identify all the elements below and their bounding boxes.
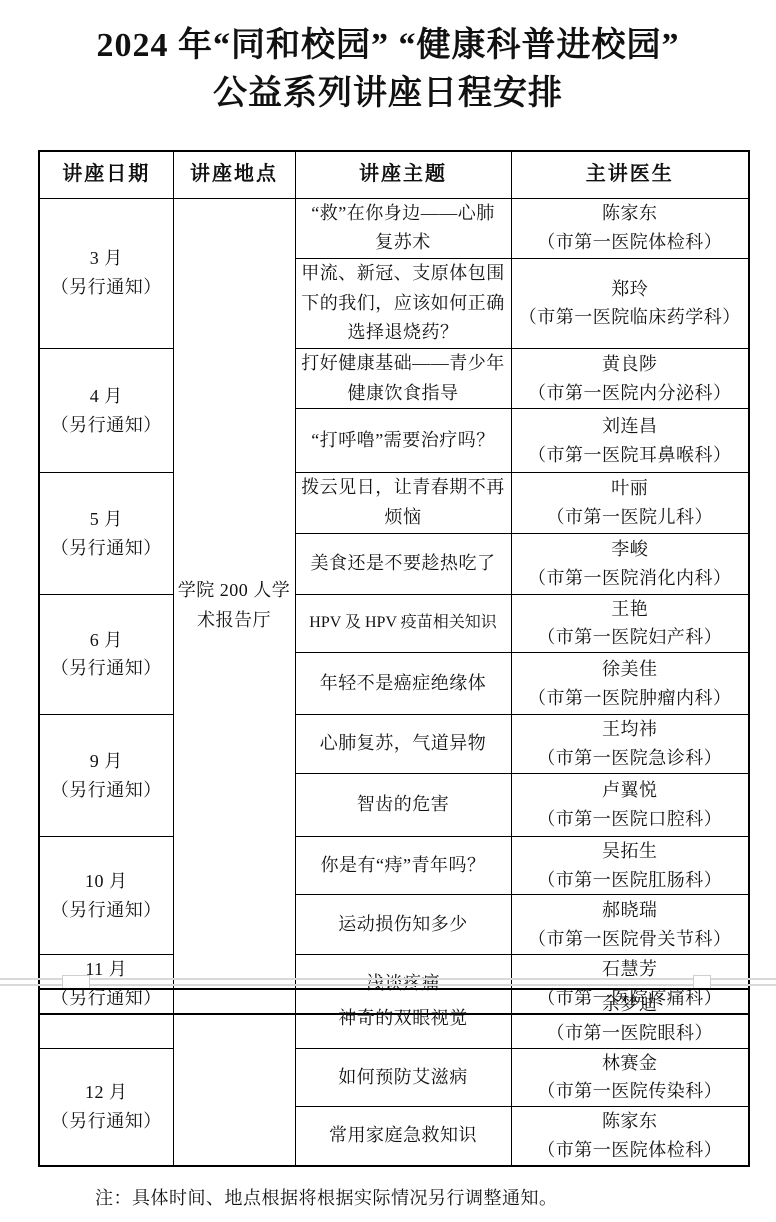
doctor-name: 王均祎: [514, 715, 747, 744]
date-month: 6 月: [42, 626, 171, 655]
topic-cell: 心肺复苏，气道异物: [295, 715, 511, 774]
document-page: 2024 年“同和校园” “健康科普进校园” 公益系列讲座日程安排 讲座日期 讲…: [0, 0, 776, 1222]
doctor-dept: （市第一医院内分泌科）: [514, 379, 747, 408]
doctor-name: 郑玲: [514, 275, 747, 304]
location-cell: 学院 200 人学 术报告厅: [173, 198, 295, 1014]
doctor-cell: 陈家东 （市第一医院体检科）: [511, 1107, 749, 1166]
doctor-name: 余梦迪: [514, 990, 747, 1019]
doctor-dept: （市第一医院妇产科）: [514, 623, 747, 652]
date-month: 12 月: [42, 1078, 171, 1107]
topic-cell: “救”在你身边——心肺 复苏术: [295, 198, 511, 258]
date-cell: 9 月 （另行通知）: [39, 715, 173, 837]
topic-cell: 打好健康基础——青少年 健康饮食指导: [295, 348, 511, 408]
doctor-name: 徐美佳: [514, 655, 747, 684]
date-cell: 3 月 （另行通知）: [39, 198, 173, 348]
schedule-table-page1: 讲座日期 讲座地点 讲座主题 主讲医生 3 月 （另行通知） 学院 200 人学…: [38, 150, 750, 1015]
date-note: （另行通知）: [42, 273, 171, 302]
page-break-line: [0, 978, 776, 980]
date-note: （另行通知）: [42, 411, 171, 440]
doctor-name: 王艳: [514, 595, 747, 624]
doctor-cell: 余梦迪 （市第一医院眼科）: [511, 989, 749, 1048]
doctor-dept: （市第一医院耳鼻喉科）: [514, 441, 747, 470]
title-line-1: 2024 年“同和校园” “健康科普进校园”: [0, 22, 776, 70]
date-month: 5 月: [42, 505, 171, 534]
doctor-cell: 黄良陟 （市第一医院内分泌科）: [511, 348, 749, 408]
doctor-dept: （市第一医院体检科）: [514, 1136, 747, 1165]
date-note: （另行通知）: [42, 534, 171, 563]
date-note: （另行通知）: [42, 776, 171, 805]
doctor-name: 李峻: [514, 535, 747, 564]
date-cell: 6 月 （另行通知）: [39, 594, 173, 715]
doctor-name: 刘连昌: [514, 412, 747, 441]
topic-cell: HPV 及 HPV 疫苗相关知识: [295, 594, 511, 653]
date-note: （另行通知）: [42, 654, 171, 683]
topic-cell: 运动损伤知多少: [295, 895, 511, 955]
date-note: （另行通知）: [42, 1107, 171, 1136]
table-row: 3 月 （另行通知） 学院 200 人学 术报告厅 “救”在你身边——心肺 复苏…: [39, 198, 749, 258]
doctor-dept: （市第一医院急诊科）: [514, 744, 747, 773]
topic-cell: 神奇的双眼视觉: [295, 989, 511, 1048]
doctor-name: 叶丽: [514, 474, 747, 503]
doctor-cell: 卢翼悦 （市第一医院口腔科）: [511, 773, 749, 836]
doctor-cell: 郑玲 （市第一医院临床药学科）: [511, 258, 749, 348]
col-header-date: 讲座日期: [39, 151, 173, 198]
topic-cell: 常用家庭急救知识: [295, 1107, 511, 1166]
date-month: 4 月: [42, 382, 171, 411]
topic-cell: 甲流、新冠、支原体包围 下的我们，应该如何正确 选择退烧药？: [295, 258, 511, 348]
page-break-line: [0, 984, 776, 986]
footnote: 注：具体时间、地点根据将根据实际情况另行调整通知。: [95, 1184, 558, 1210]
doctor-name: 黄良陟: [514, 350, 747, 379]
doctor-name: 陈家东: [514, 1107, 747, 1136]
doctor-cell: 徐美佳 （市第一医院肿瘤内科）: [511, 653, 749, 715]
date-month: 9 月: [42, 747, 171, 776]
title-line-2: 公益系列讲座日程安排: [0, 70, 776, 118]
doctor-cell: 叶丽 （市第一医院儿科）: [511, 473, 749, 533]
date-cell: 5 月 （另行通知）: [39, 473, 173, 594]
doctor-dept: （市第一医院儿科）: [514, 503, 747, 532]
topic-cell: 智齿的危害: [295, 773, 511, 836]
date-month: 10 月: [42, 867, 171, 896]
doctor-name: 林赛金: [514, 1049, 747, 1078]
doctor-dept: （市第一医院眼科）: [514, 1019, 747, 1048]
location-cell: [173, 989, 295, 1166]
doctor-dept: （市第一医院体检科）: [514, 228, 747, 257]
doctor-cell: 刘连昌 （市第一医院耳鼻喉科）: [511, 409, 749, 473]
doctor-dept: （市第一医院传染科）: [514, 1077, 747, 1106]
col-header-location: 讲座地点: [173, 151, 295, 198]
table-row: 神奇的双眼视觉 余梦迪 （市第一医院眼科）: [39, 989, 749, 1048]
doctor-dept: （市第一医院口腔科）: [514, 805, 747, 834]
doctor-cell: 李峻 （市第一医院消化内科）: [511, 533, 749, 594]
doctor-cell: 吴拓生 （市第一医院肛肠科）: [511, 836, 749, 895]
doctor-cell: 陈家东 （市第一医院体检科）: [511, 198, 749, 258]
doctor-dept: （市第一医院临床药学科）: [514, 303, 747, 332]
topic-cell: 你是有“痔”青年吗？: [295, 836, 511, 895]
schedule-table-page2: 神奇的双眼视觉 余梦迪 （市第一医院眼科） 12 月 （另行通知） 如何预防艾滋…: [38, 988, 750, 1167]
col-header-doctor: 主讲医生: [511, 151, 749, 198]
doctor-name: 陈家东: [514, 199, 747, 228]
topic-cell: 如何预防艾滋病: [295, 1048, 511, 1107]
doctor-cell: 林赛金 （市第一医院传染科）: [511, 1048, 749, 1107]
date-cell: 10 月 （另行通知）: [39, 836, 173, 955]
date-note: （另行通知）: [42, 896, 171, 925]
table-row: 5 月 （另行通知） 拨云见日，让青春期不再 烦恼 叶丽 （市第一医院儿科）: [39, 473, 749, 533]
doctor-dept: （市第一医院肿瘤内科）: [514, 684, 747, 713]
document-title: 2024 年“同和校园” “健康科普进校园” 公益系列讲座日程安排: [0, 22, 776, 119]
date-month: 3 月: [42, 244, 171, 273]
date-cell: 12 月 （另行通知）: [39, 1048, 173, 1166]
doctor-cell: 王均祎 （市第一医院急诊科）: [511, 715, 749, 774]
doctor-cell: 王艳 （市第一医院妇产科）: [511, 594, 749, 653]
topic-cell: 年轻不是癌症绝缘体: [295, 653, 511, 715]
doctor-name: 卢翼悦: [514, 776, 747, 805]
doctor-dept: （市第一医院消化内科）: [514, 564, 747, 593]
header-row: 讲座日期 讲座地点 讲座主题 主讲医生: [39, 151, 749, 198]
date-cell: [39, 989, 173, 1048]
topic-cell: 美食还是不要趁热吃了: [295, 533, 511, 594]
doctor-name: 吴拓生: [514, 837, 747, 866]
topic-cell: “打呼噜”需要治疗吗？: [295, 409, 511, 473]
topic-cell: 拨云见日，让青春期不再 烦恼: [295, 473, 511, 533]
col-header-topic: 讲座主题: [295, 151, 511, 198]
doctor-cell: 郝晓瑞 （市第一医院骨关节科）: [511, 895, 749, 955]
table-row: 10 月 （另行通知） 你是有“痔”青年吗？ 吴拓生 （市第一医院肛肠科）: [39, 836, 749, 895]
table-row: 4 月 （另行通知） 打好健康基础——青少年 健康饮食指导 黄良陟 （市第一医院…: [39, 348, 749, 408]
doctor-dept: （市第一医院肛肠科）: [514, 866, 747, 895]
table-row: 6 月 （另行通知） HPV 及 HPV 疫苗相关知识 王艳 （市第一医院妇产科…: [39, 594, 749, 653]
doctor-dept: （市第一医院骨关节科）: [514, 925, 747, 954]
date-cell: 4 月 （另行通知）: [39, 348, 173, 472]
table-row: 12 月 （另行通知） 如何预防艾滋病 林赛金 （市第一医院传染科）: [39, 1048, 749, 1107]
doctor-name: 郝晓瑞: [514, 896, 747, 925]
table-row: 9 月 （另行通知） 心肺复苏，气道异物 王均祎 （市第一医院急诊科）: [39, 715, 749, 774]
